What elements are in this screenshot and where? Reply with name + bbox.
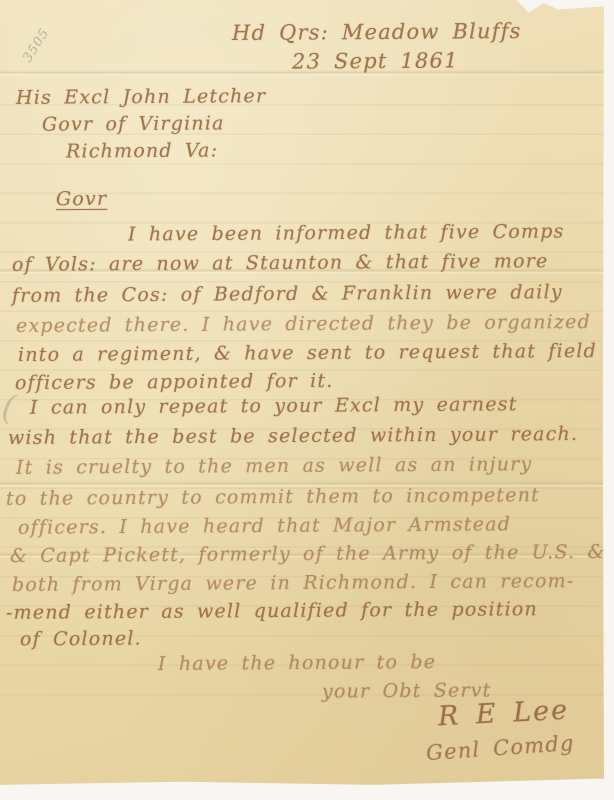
- recipient-title: Govr of Virginia: [42, 112, 225, 135]
- body-line: officers. I have heard that Major Armste…: [18, 513, 511, 538]
- recipient-city: Richmond Va:: [66, 139, 218, 162]
- body-line: to the country to commit them to incompe…: [6, 484, 540, 510]
- body-line: wish that the best be selected within yo…: [8, 423, 578, 449]
- body-line: both from Virga were in Richmond. I can …: [12, 570, 575, 596]
- body-line: into a regiment, & have sent to request …: [18, 340, 597, 366]
- body-line: I can only repeat to your Excl my earnes…: [30, 393, 518, 418]
- body-line: of Colonel.: [20, 628, 142, 651]
- closing-honour-line: I have the honour to be: [158, 651, 436, 675]
- letter-scan: 3505 ( Hd Qrs: Meadow Bluffs 23 Sept 186…: [0, 0, 614, 800]
- heading-place: Hd Qrs: Meadow Bluffs: [232, 19, 522, 45]
- body-line: officers be appointed for it.: [15, 370, 334, 394]
- body-line: of Vols: are now at Staunton & that five…: [12, 250, 549, 276]
- body-line: It is cruelty to the men as well as an i…: [16, 453, 532, 479]
- body-line: & Capt Pickett, formerly of the Army of …: [10, 541, 606, 567]
- body-line: I have been informed that five Comps: [128, 220, 565, 245]
- salutation: Govr: [56, 188, 107, 210]
- heading-date: 23 Sept 1861: [292, 48, 459, 73]
- body-line: expected there. I have directed they be …: [16, 311, 591, 337]
- body-line: from the Cos: of Bedford & Franklin were…: [12, 281, 563, 307]
- recipient-name: His Excl John Letcher: [16, 85, 266, 109]
- body-line: -mend either as well qualified for the p…: [6, 598, 538, 624]
